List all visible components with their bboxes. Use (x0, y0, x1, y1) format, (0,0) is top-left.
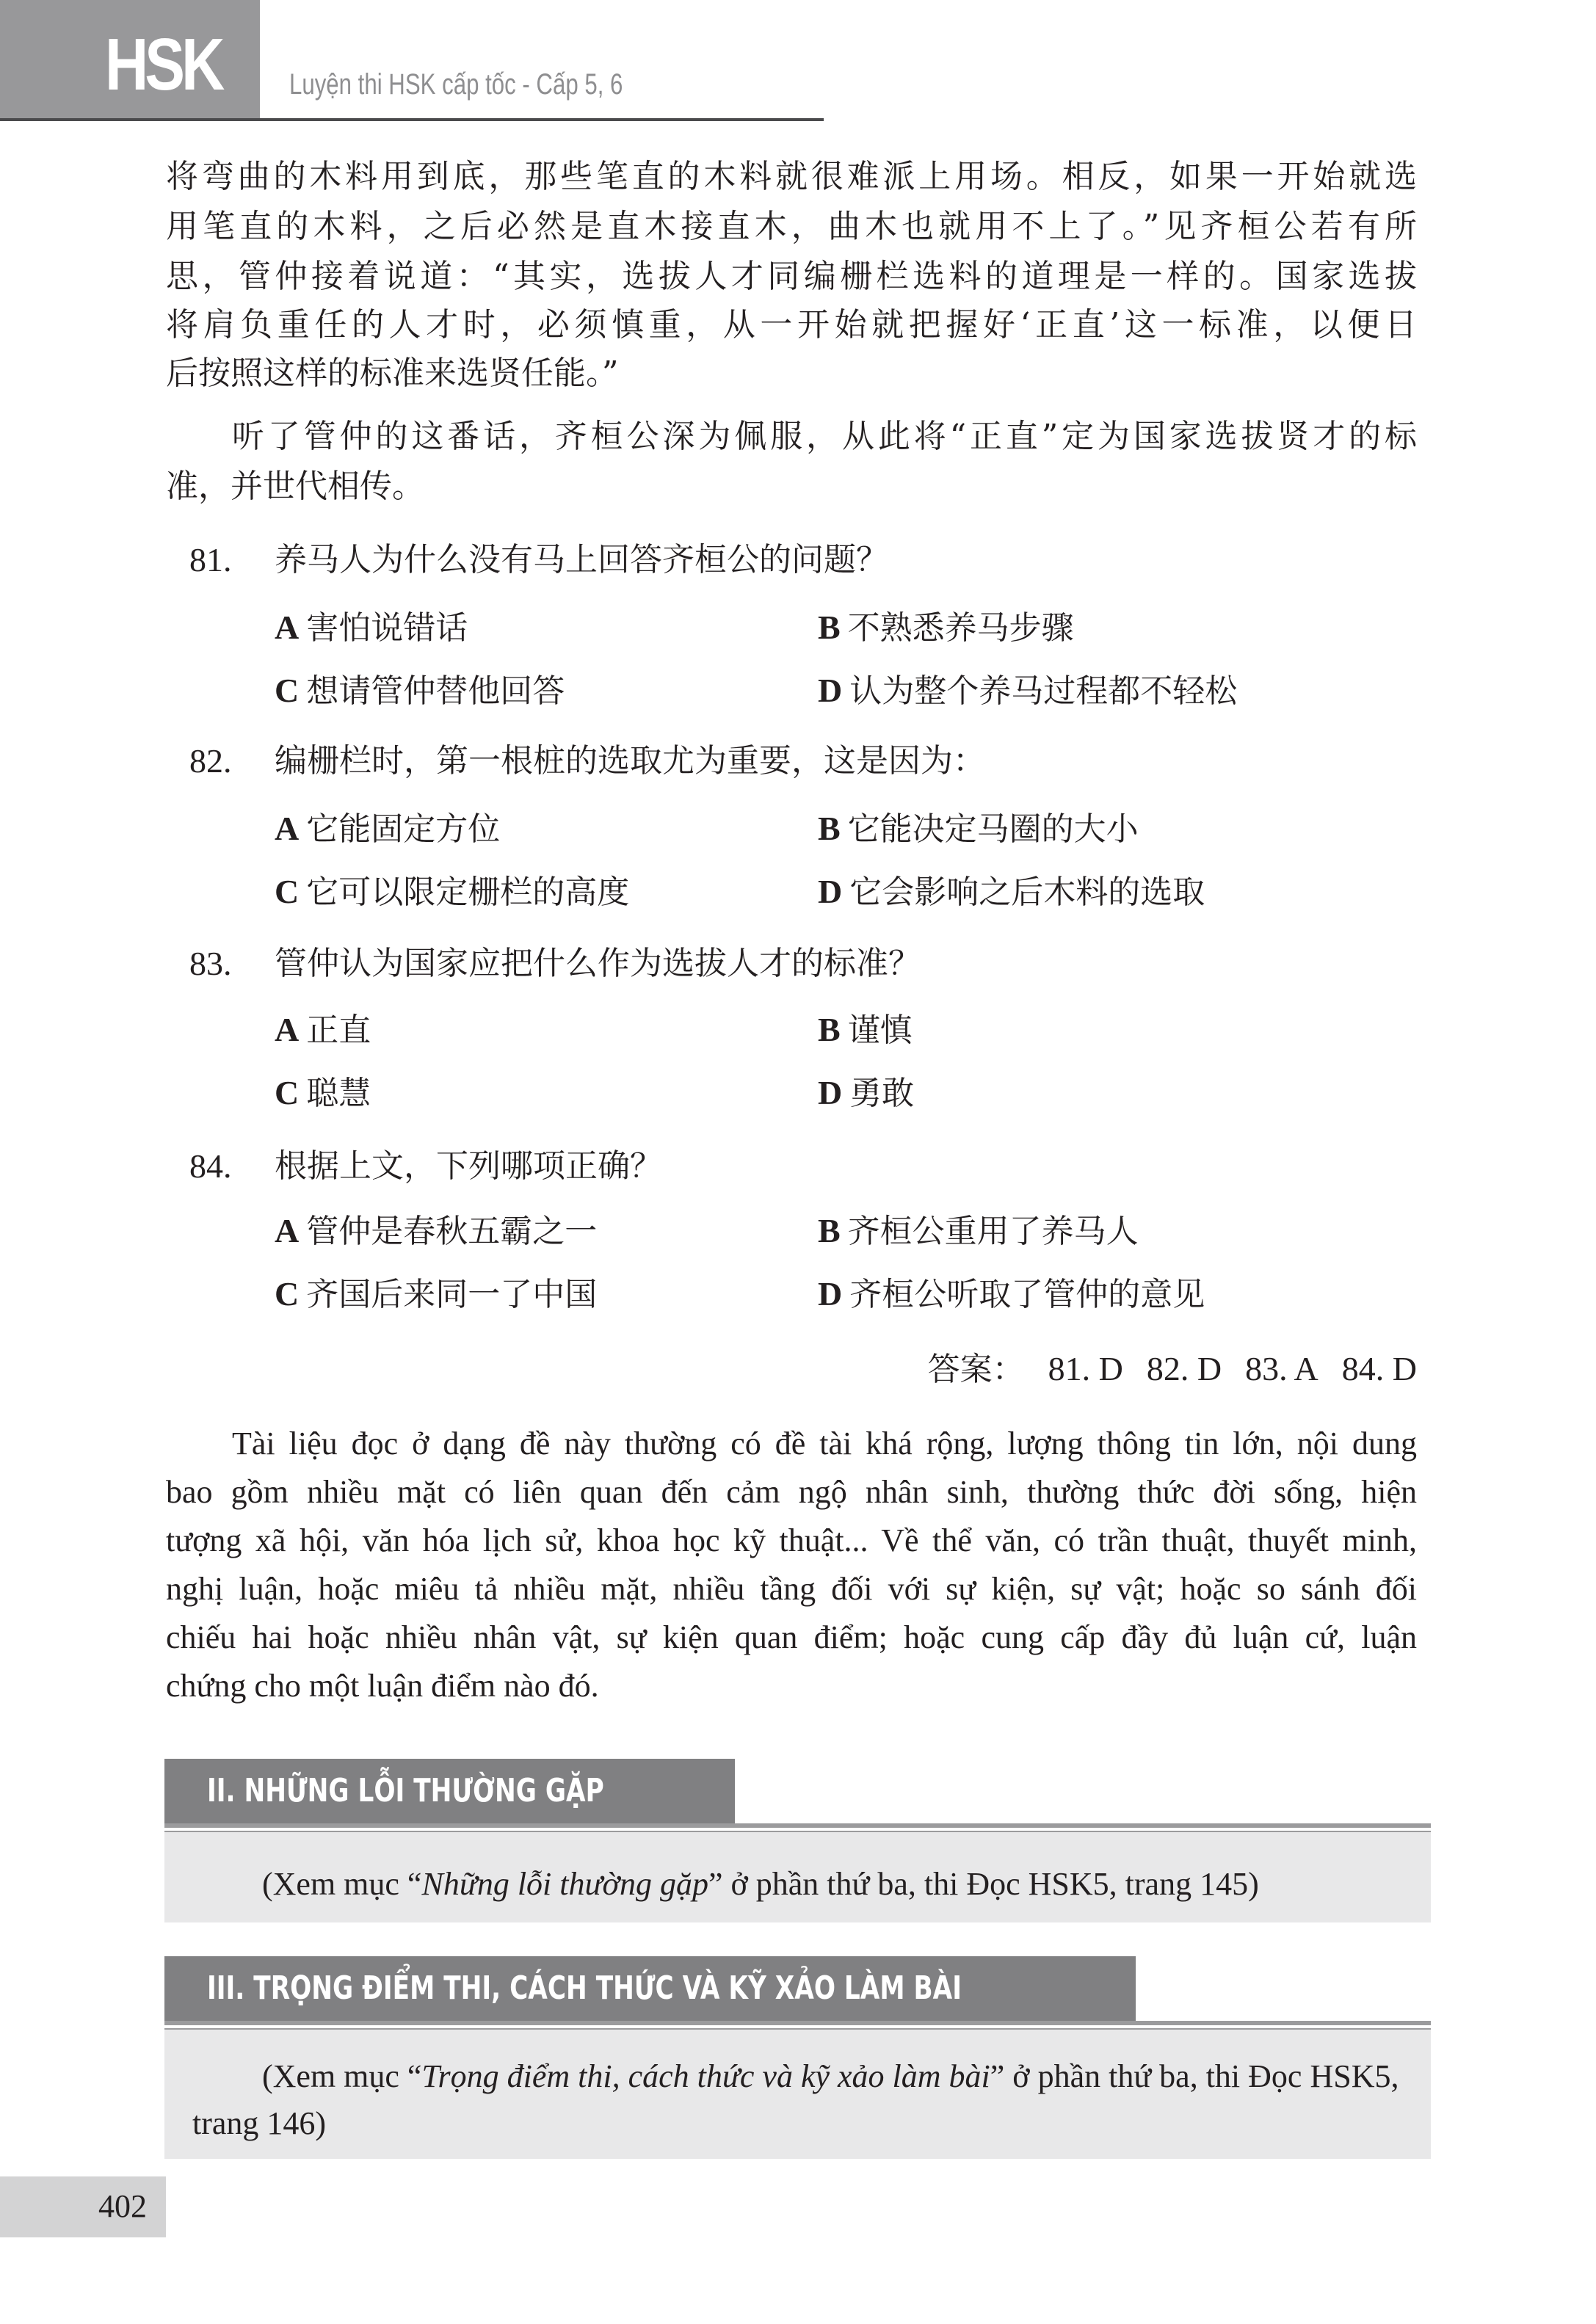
answer-82: 82. D (1147, 1350, 1222, 1387)
section-body-text-line2: trang 146) (192, 2105, 326, 2142)
passage-line: 后按照这样的标准来选贤任能。” (166, 355, 1417, 392)
body-text-prefix: (Xem mục “ (262, 1866, 421, 1902)
option-letter: D (818, 1074, 842, 1111)
option-d[interactable]: D它会影响之后木料的选取 (818, 874, 1205, 911)
question-text: 管仲认为国家应把什么作为选拔人才的标准？ (275, 945, 921, 982)
passage-line: 将肩负重任的人才时，必须慎重，从一开始就把握好‘正直’这一标准，以便日 (166, 307, 1417, 344)
page-number-box: 402 (0, 2176, 166, 2237)
option-text: 勇敢 (849, 1075, 914, 1112)
option-letter: C (275, 1074, 299, 1111)
option-d[interactable]: D勇敢 (818, 1075, 914, 1112)
option-text: 认为整个养马过程都不轻松 (849, 672, 1237, 710)
question-text: 编栅栏时，第一根桩的选取尤为重要，这是因为： (275, 743, 985, 780)
option-c[interactable]: C聪慧 (275, 1075, 371, 1112)
option-a[interactable]: A害怕说错话 (275, 609, 468, 647)
option-text: 齐桓公听取了管仲的意见 (849, 1276, 1205, 1313)
option-a[interactable]: A它能固定方位 (275, 810, 500, 848)
body-text-prefix: (Xem mục “ (262, 2058, 421, 2094)
question-text: 养马人为什么没有马上回答齐桓公的问题？ (275, 542, 888, 578)
option-text: 聪慧 (306, 1075, 371, 1112)
option-a[interactable]: A管仲是春秋五霸之一 (275, 1213, 597, 1250)
option-letter: D (818, 672, 842, 709)
answer-84: 84. D (1342, 1350, 1417, 1387)
explanation-line: bao gồm nhiều mặt có liên quan đến cảm n… (166, 1474, 1417, 1511)
option-c[interactable]: C想请管仲替他回答 (275, 672, 565, 710)
option-b[interactable]: B不熟悉养马步骤 (818, 609, 1074, 647)
section-heading-text: III. TRỌNG ĐIỂM THI, CÁCH THỨC VÀ KỸ XẢO… (207, 1956, 962, 2021)
option-letter: A (275, 1212, 299, 1249)
question-number: 83. (189, 945, 232, 982)
option-c[interactable]: C它可以限定栅栏的高度 (275, 874, 629, 911)
option-c[interactable]: C齐国后来同一了中国 (275, 1276, 597, 1313)
answer-81: 81. D (1048, 1350, 1123, 1387)
question-number: 84. (189, 1148, 232, 1185)
explanation-line: chiếu hai hoặc nhiều nhân vật, sự kiện q… (166, 1619, 1417, 1656)
option-text: 正直 (306, 1012, 371, 1049)
passage-line: 思，管仲接着说道：“其实，选拔人才同编栅栏选料的道理是一样的。国家选拔 (166, 258, 1417, 295)
option-letter: B (818, 1011, 841, 1048)
option-text: 管仲是春秋五霸之一 (306, 1213, 597, 1250)
passage-line: 将弯曲的木料用到底，那些笔直的木料就很难派上用场。相反，如果一开始就选 (166, 159, 1417, 195)
option-letter: A (275, 609, 299, 646)
answer-83: 83. A (1245, 1350, 1318, 1387)
option-text: 不熟悉养马步骤 (848, 609, 1074, 647)
option-letter: D (818, 873, 842, 910)
question-number: 82. (189, 743, 232, 780)
option-text: 它可以限定栅栏的高度 (306, 874, 629, 911)
hsk-logo: HSK (105, 28, 221, 101)
explanation-line: nghị luận, hoặc miêu tả nhiều mặt, nhiều… (166, 1571, 1417, 1608)
option-letter: B (818, 609, 841, 646)
body-text-italic: Những lỗi thường gặp (421, 1866, 708, 1902)
option-d[interactable]: D认为整个养马过程都不轻松 (818, 672, 1237, 710)
body-text-italic: Trọng điểm thi, cách thức và kỹ xảo làm … (421, 2058, 990, 2094)
explanation-line: Tài liệu đọc ở dạng đề này thường có đề … (232, 1426, 1417, 1462)
passage-line: 听了管仲的这番话，齐桓公深为佩服，从此将“正直”定为国家选拔贤才的标 (232, 418, 1417, 455)
option-text: 齐桓公重用了养马人 (848, 1213, 1139, 1250)
question-number: 81. (189, 542, 232, 578)
option-text: 它会影响之后木料的选取 (849, 874, 1205, 911)
question-text: 根据上文，下列哪项正确？ (275, 1148, 662, 1185)
body-text-suffix: ” ở phần thứ ba, thi Đọc HSK5, trang 145… (708, 1866, 1259, 1902)
option-text: 害怕说错话 (306, 609, 468, 647)
section-body-text: (Xem mục “Trọng điểm thi, cách thức và k… (262, 2058, 1399, 2095)
option-letter: C (275, 873, 299, 910)
section-heading: II. NHỮNG LỖI THƯỜNG GẶP (164, 1759, 735, 1823)
section-heading-text: II. NHỮNG LỖI THƯỜNG GẶP (207, 1759, 604, 1823)
option-b[interactable]: B谨慎 (818, 1012, 913, 1049)
option-b[interactable]: B齐桓公重用了养马人 (818, 1213, 1139, 1250)
section-heading: III. TRỌNG ĐIỂM THI, CÁCH THỨC VÀ KỸ XẢO… (164, 1956, 1136, 2021)
passage-line: 准，并世代相传。 (166, 468, 1417, 505)
option-letter: C (275, 1275, 299, 1312)
body-text-suffix: ” ở phần thứ ba, thi Đọc HSK5, (990, 2058, 1399, 2094)
explanation-line: chứng cho một luận điểm nào đó. (166, 1668, 1417, 1704)
option-d[interactable]: D齐桓公听取了管仲的意见 (818, 1276, 1205, 1313)
option-text: 想请管仲替他回答 (306, 672, 565, 710)
section-rule-thick (164, 2021, 1431, 2025)
section-body-text: (Xem mục “Những lỗi thường gặp” ở phần t… (262, 1866, 1259, 1903)
explanation-line: tượng xã hội, văn hóa lịch sử, khoa học … (166, 1522, 1417, 1559)
option-letter: D (818, 1275, 842, 1312)
book-title: Luyện thi HSK cấp tốc - Cấp 5, 6 (289, 68, 623, 101)
option-letter: A (275, 1011, 299, 1048)
option-letter: C (275, 672, 299, 709)
passage-line: 用笔直的木料，之后必然是直木接直木，曲木也就用不上了。”见齐桓公若有所 (166, 208, 1417, 245)
option-text: 谨慎 (848, 1012, 913, 1049)
answer-key-label: 答案： (928, 1351, 1025, 1388)
option-letter: B (818, 810, 841, 847)
section-rule-thick (164, 1823, 1431, 1828)
option-b[interactable]: B它能决定马圈的大小 (818, 810, 1139, 848)
page-number: 402 (98, 2188, 147, 2225)
header-divider (0, 118, 824, 121)
option-letter: B (818, 1212, 841, 1249)
option-letter: A (275, 810, 299, 847)
option-a[interactable]: A正直 (275, 1012, 371, 1049)
option-text: 它能决定马圈的大小 (848, 810, 1139, 848)
option-text: 齐国后来同一了中国 (306, 1276, 597, 1313)
answer-key: 答案：81. D82. D83. A84. D (928, 1351, 1417, 1388)
option-text: 它能固定方位 (306, 810, 500, 848)
